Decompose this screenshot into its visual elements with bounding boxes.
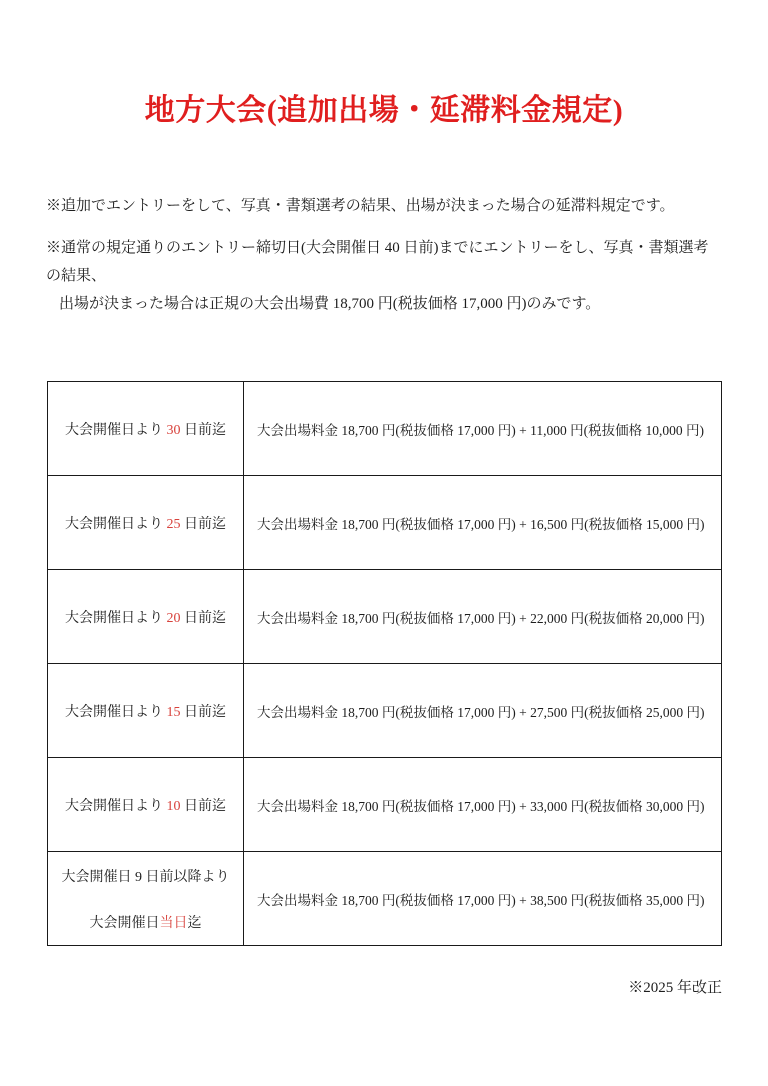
revision-note: ※2025 年改正 — [0, 976, 722, 997]
page-title: 地方大会(追加出場・延滞料金規定) — [0, 0, 768, 130]
fee-cell: 大会出場料金 18,700 円(税抜価格 17,000 円) + 16,500 … — [244, 476, 722, 570]
fee-cell: 大会出場料金 18,700 円(税抜価格 17,000 円) + 22,000 … — [244, 570, 722, 664]
table-row-15-days: 大会開催日より 15 日前迄 大会出場料金 18,700 円(税抜価格 17,0… — [48, 664, 722, 758]
days-highlight: 25 — [167, 517, 181, 532]
days-highlight: 10 — [167, 799, 181, 814]
same-day-highlight: 当日 — [160, 916, 188, 931]
table-row-30-days: 大会開催日より 30 日前迄 大会出場料金 18,700 円(税抜価格 17,0… — [48, 382, 722, 476]
table-row-10-days: 大会開催日より 10 日前迄 大会出場料金 18,700 円(税抜価格 17,0… — [48, 758, 722, 852]
days-highlight: 30 — [167, 423, 181, 438]
table-row-same-day: 大会開催日 9 日前以降より 大会開催日当日迄 大会出場料金 18,700 円(… — [48, 852, 722, 946]
note-regular-entry-line1: ※通常の規定通りのエントリー締切日(大会開催日 40 日前)までにエントリーをし… — [46, 240, 709, 284]
days-highlight: 20 — [167, 611, 181, 626]
period-line1: 大会開催日 9 日前以降より — [49, 866, 242, 886]
period-cell: 大会開催日より 20 日前迄 — [48, 570, 244, 664]
fee-cell: 大会出場料金 18,700 円(税抜価格 17,000 円) + 38,500 … — [244, 852, 722, 946]
period-line2: 大会開催日当日迄 — [49, 912, 242, 932]
document-page: 地方大会(追加出場・延滞料金規定) ※追加でエントリーをして、写真・書類選考の結… — [0, 0, 768, 1086]
fee-cell: 大会出場料金 18,700 円(税抜価格 17,000 円) + 11,000 … — [244, 382, 722, 476]
fee-cell: 大会出場料金 18,700 円(税抜価格 17,000 円) + 33,000 … — [244, 758, 722, 852]
late-fee-table: 大会開催日より 30 日前迄 大会出場料金 18,700 円(税抜価格 17,0… — [47, 381, 722, 946]
table-row-25-days: 大会開催日より 25 日前迄 大会出場料金 18,700 円(税抜価格 17,0… — [48, 476, 722, 570]
period-cell: 大会開催日より 30 日前迄 — [48, 382, 244, 476]
fee-cell: 大会出場料金 18,700 円(税抜価格 17,000 円) + 27,500 … — [244, 664, 722, 758]
note-additional-entry: ※追加でエントリーをして、写真・書類選考の結果、出場が決まった場合の延滞料規定で… — [46, 192, 722, 220]
note-regular-entry-line2: 出場が決まった場合は正規の大会出場費 18,700 円(税抜価格 17,000 … — [46, 290, 600, 318]
period-cell: 大会開催日 9 日前以降より 大会開催日当日迄 — [48, 852, 244, 946]
period-cell: 大会開催日より 25 日前迄 — [48, 476, 244, 570]
period-cell: 大会開催日より 15 日前迄 — [48, 664, 244, 758]
notes-section: ※追加でエントリーをして、写真・書類選考の結果、出場が決まった場合の延滞料規定で… — [46, 192, 722, 318]
days-highlight: 15 — [167, 705, 181, 720]
table-row-20-days: 大会開催日より 20 日前迄 大会出場料金 18,700 円(税抜価格 17,0… — [48, 570, 722, 664]
period-cell: 大会開催日より 10 日前迄 — [48, 758, 244, 852]
note-regular-entry: ※通常の規定通りのエントリー締切日(大会開催日 40 日前)までにエントリーをし… — [46, 234, 722, 318]
